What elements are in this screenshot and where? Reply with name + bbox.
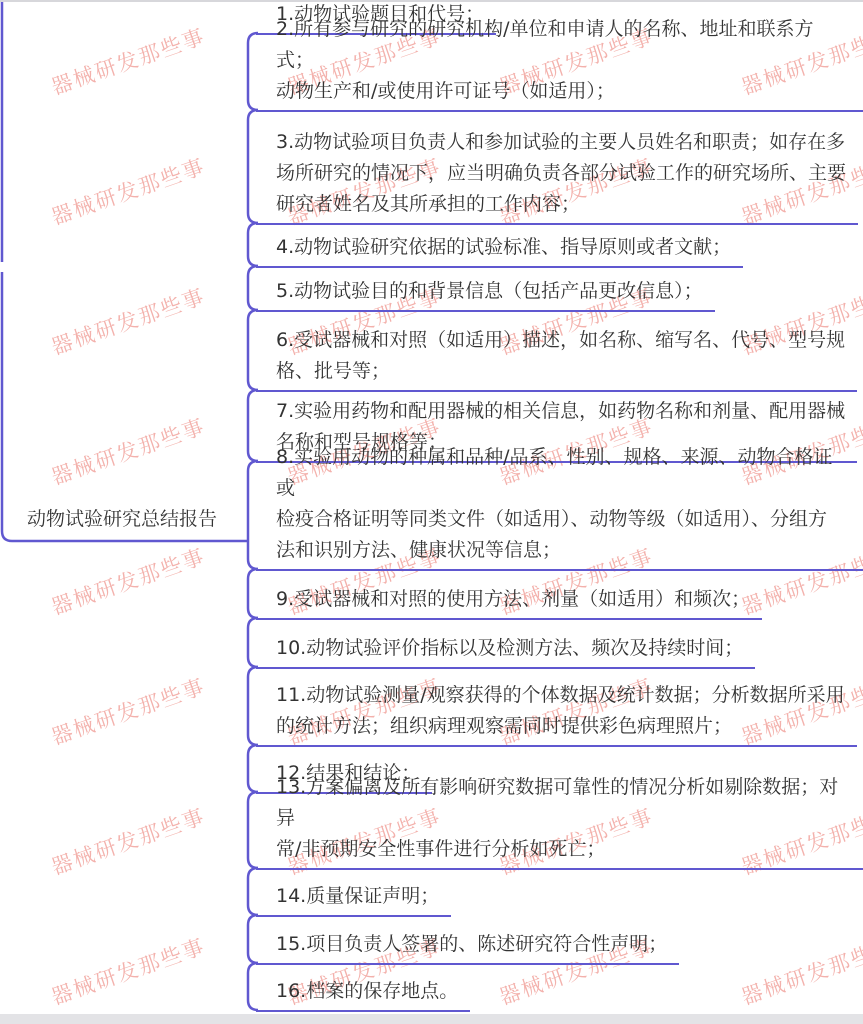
mindmap-item-2[interactable]: 2.所有参与研究的研究机构/单位和申请人的名称、地址和联系方式； 动物生产和/或… (256, 34, 863, 112)
mindmap-item-label: 2.所有参与研究的研究机构/单位和申请人的名称、地址和联系方式； 动物生产和/或… (276, 14, 851, 107)
mindmap-item-13[interactable]: 13.方案偏离及所有影响研究数据可靠性的情况分析如剔除数据；对异 常/非预期安全… (256, 793, 863, 870)
mindmap-item-label: 14.质量保证声明； (276, 881, 439, 912)
mindmap-item-label: 4.动物试验研究依据的试验标准、指导原则或者文献； (276, 232, 731, 263)
canvas-top-edge (0, 0, 863, 2)
mindmap-item-8[interactable]: 8.实验用动物的种属和品种/品系、性别、规格、来源、动物合格证或 检疫合格证明等… (256, 462, 863, 571)
mindmap-item-label: 10.动物试验评价指标以及检测方法、频次及持续时间； (276, 633, 743, 664)
mindmap-item-10[interactable]: 10.动物试验评价指标以及检测方法、频次及持续时间； (256, 619, 755, 669)
mindmap-item-16[interactable]: 16.档案的保存地点。 (256, 964, 470, 1012)
mindmap-item-label: 15.项目负责人签署的、陈述研究符合性声明； (276, 929, 667, 960)
mindmap-item-4[interactable]: 4.动物试验研究依据的试验标准、指导原则或者文献； (256, 224, 743, 268)
canvas-bottom-edge (0, 1014, 863, 1024)
mindmap-item-label: 11.动物试验测量/观察获得的个体数据及统计数据；分析数据所采用 的统计方法；组… (276, 680, 845, 742)
root-node[interactable]: 动物试验研究总结报告 (8, 506, 236, 532)
root-branch-path (2, 272, 249, 541)
mindmap-item-label: 13.方案偏离及所有影响研究数据可靠性的情况分析如剔除数据；对异 常/非预期安全… (276, 772, 851, 865)
mindmap-item-label: 8.实验用动物的种属和品种/品系、性别、规格、来源、动物合格证或 检疫合格证明等… (276, 442, 851, 566)
mindmap-item-9[interactable]: 9.受试器械和对照的使用方法、剂量（如适用）和频次； (256, 570, 762, 620)
mindmap-item-label: 16.档案的保存地点。 (276, 976, 458, 1007)
mindmap-canvas: 动物试验研究总结报告 1.动物试验题目和代号；2.所有参与研究的研究机构/单位和… (0, 0, 863, 1024)
mindmap-item-label: 5.动物试验目的和背景信息（包括产品更改信息）； (276, 276, 703, 307)
mindmap-item-label: 3.动物试验项目负责人和参加试验的主要人员姓名和职责；如存在多 场所研究的情况下… (276, 127, 846, 220)
mindmap-item-6[interactable]: 6.受试器械和对照（如适用）描述，如名称、缩写名、代号、型号规 格、批号等； (256, 311, 857, 392)
mindmap-item-label: 6.受试器械和对照（如适用）描述，如名称、缩写名、代号、型号规 格、批号等； (276, 325, 845, 387)
mindmap-item-15[interactable]: 15.项目负责人签署的、陈述研究符合性声明； (256, 916, 679, 965)
mindmap-item-3[interactable]: 3.动物试验项目负责人和参加试验的主要人员姓名和职责；如存在多 场所研究的情况下… (256, 111, 858, 225)
mindmap-item-14[interactable]: 14.质量保证声明； (256, 869, 451, 917)
mindmap-item-label: 9.受试器械和对照的使用方法、剂量（如适用）和频次； (276, 584, 750, 615)
mindmap-item-11[interactable]: 11.动物试验测量/观察获得的个体数据及统计数据；分析数据所采用 的统计方法；组… (256, 668, 857, 747)
mindmap-item-5[interactable]: 5.动物试验目的和背景信息（包括产品更改信息）； (256, 267, 715, 312)
